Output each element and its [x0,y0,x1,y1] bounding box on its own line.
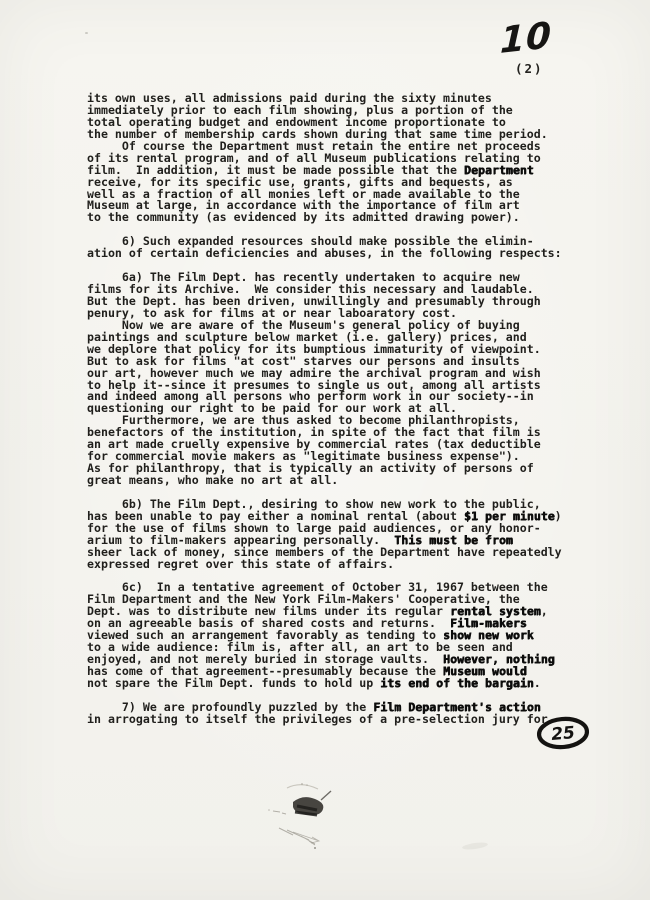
document-line: not spare the Film Dept. funds to hold u… [87,678,587,690]
document-line: great means, who make no art at all. [87,475,587,487]
document-line: expressed regret over this state of affa… [87,559,587,571]
circled-number: 25 [534,711,592,753]
paper-smudge [462,841,489,851]
scanned-document-page: 10 (2) its own uses, all admissions paid… [0,0,650,900]
document-line: to the community (as evidenced by its ad… [87,212,587,224]
document-paragraph: 7) We are profoundly puzzled by the Film… [87,702,587,726]
document-line: ation of certain deficiencies and abuses… [87,248,587,260]
document-paragraph: 6a) The Film Dept. has recently undertak… [87,272,587,487]
document-paragraph: 6b) The Film Dept., desiring to show new… [87,499,587,571]
typed-page-number: (2) [515,61,544,76]
document-paragraph: 6c) In a tentative agreement of October … [87,582,587,689]
circled-number-text: 25 [550,723,575,745]
ink-speck [85,32,88,34]
document-text: its own uses, all admissions paid during… [87,93,587,726]
handwritten-page-number: 10 [499,15,552,62]
document-paragraph: its own uses, all admissions paid during… [87,93,587,224]
document-line: in arrogating to itself the privileges o… [87,714,587,726]
pencil-scribble [235,780,435,870]
document-paragraph: 6) Such expanded resources should make p… [87,236,587,260]
